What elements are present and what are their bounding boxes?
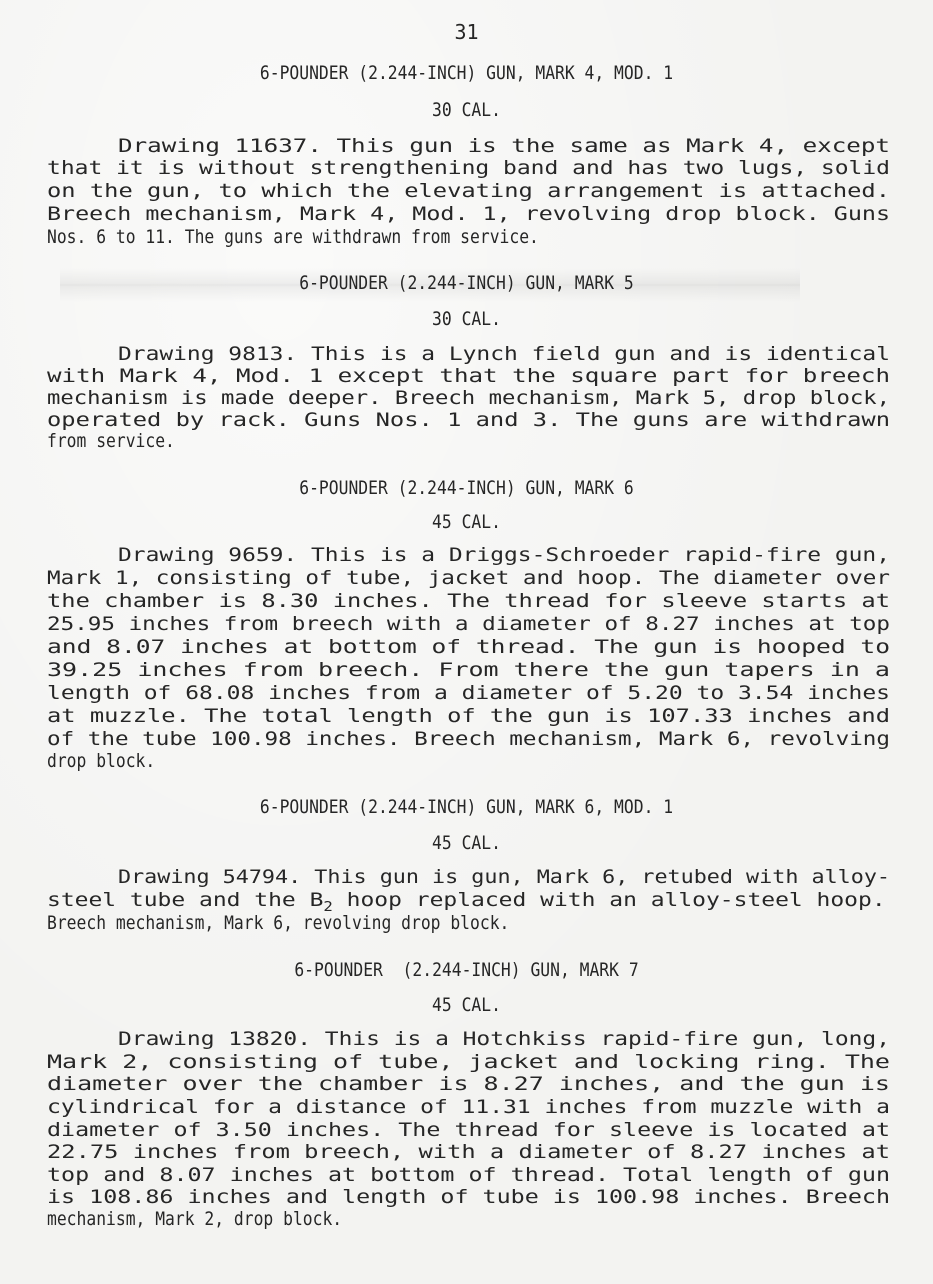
paragraph-line: that it is without strengthening band an… [47, 157, 890, 179]
section-caliber: 45 CAL. [65, 832, 867, 854]
paragraph-line: from service. [47, 430, 890, 452]
section-caliber: 45 CAL. [65, 994, 867, 1016]
paragraph-line: operated by rack. Guns Nos. 1 and 3. The… [47, 409, 890, 431]
paragraph-line: length of 68.08 inches from a diameter o… [47, 682, 890, 704]
paragraph-line: is 108.86 inches and length of tube is 1… [47, 1186, 890, 1208]
paragraph-line: Drawing 13820. This is a Hotchkiss rapid… [118, 1028, 890, 1050]
paragraph-line: of the tube 100.98 inches. Breech mechan… [47, 728, 890, 750]
paragraph-line: diameter of 3.50 inches. The thread for … [47, 1119, 890, 1141]
paragraph-line: Breech mechanism, Mark 6, revolving drop… [47, 912, 890, 934]
paragraph-line: top and 8.07 inches at bottom of thread.… [47, 1164, 890, 1186]
section-heading: 6-POUNDER (2.244-INCH) GUN, MARK 6, MOD.… [65, 796, 867, 818]
paragraph-line: 25.95 inches from breech with a diameter… [47, 613, 890, 635]
paragraph-line: mechanism is made deeper. Breech mechani… [47, 387, 890, 409]
paragraph-line: Drawing 11637. This gun is the same as M… [118, 135, 890, 157]
section-caliber: 30 CAL. [65, 308, 867, 330]
document-page: 31 6-POUNDER (2.244-INCH) GUN, MARK 4, M… [0, 0, 933, 1284]
paragraph-line: Drawing 9659. This is a Driggs-Schroeder… [118, 544, 890, 566]
paragraph-line: mechanism, Mark 2, drop block. [47, 1208, 890, 1230]
paragraph-line: drop block. [47, 750, 890, 772]
section-caliber: 30 CAL. [65, 99, 867, 121]
paragraph-line: with Mark 4, Mod. 1 except that the squa… [47, 365, 890, 387]
section-heading: 6-POUNDER (2.244-INCH) GUN, MARK 6 [65, 477, 867, 499]
paragraph-line: Mark 1, consisting of tube, jacket and h… [47, 567, 890, 589]
paragraph-line: on the gun, to which the elevating arran… [47, 180, 890, 202]
paragraph-line: at muzzle. The total length of the gun i… [47, 705, 890, 727]
paragraph-line: cylindrical for a distance of 11.31 inch… [47, 1096, 890, 1118]
paragraph-line: Drawing 54794. This gun is gun, Mark 6, … [118, 866, 890, 888]
paragraph-line: diameter over the chamber is 8.27 inches… [47, 1073, 890, 1095]
section-heading: 6-POUNDER (2.244-INCH) GUN, MARK 5 [65, 272, 867, 294]
page-number: 31 [0, 20, 933, 44]
paragraph-line: Drawing 9813. This is a Lynch field gun … [118, 343, 890, 365]
section-heading: 6-POUNDER (2.244-INCH) GUN, MARK 4, MOD.… [65, 62, 867, 84]
paragraph-line: and 8.07 inches at bottom of thread. The… [47, 636, 890, 658]
paragraph-line: 39.25 inches from breech. From there the… [47, 659, 890, 681]
section-caliber: 45 CAL. [65, 511, 867, 533]
paragraph-line: 22.75 inches from breech, with a diamete… [47, 1141, 890, 1163]
section-heading: 6-POUNDER (2.244-INCH) GUN, MARK 7 [65, 959, 867, 981]
paragraph-line: the chamber is 8.30 inches. The thread f… [47, 590, 890, 612]
paragraph-line: Nos. 6 to 11. The guns are withdrawn fro… [47, 226, 890, 248]
paragraph-line: Breech mechanism, Mark 4, Mod. 1, revolv… [47, 203, 890, 225]
paragraph-line: Mark 2, consisting of tube, jacket and l… [47, 1051, 890, 1073]
